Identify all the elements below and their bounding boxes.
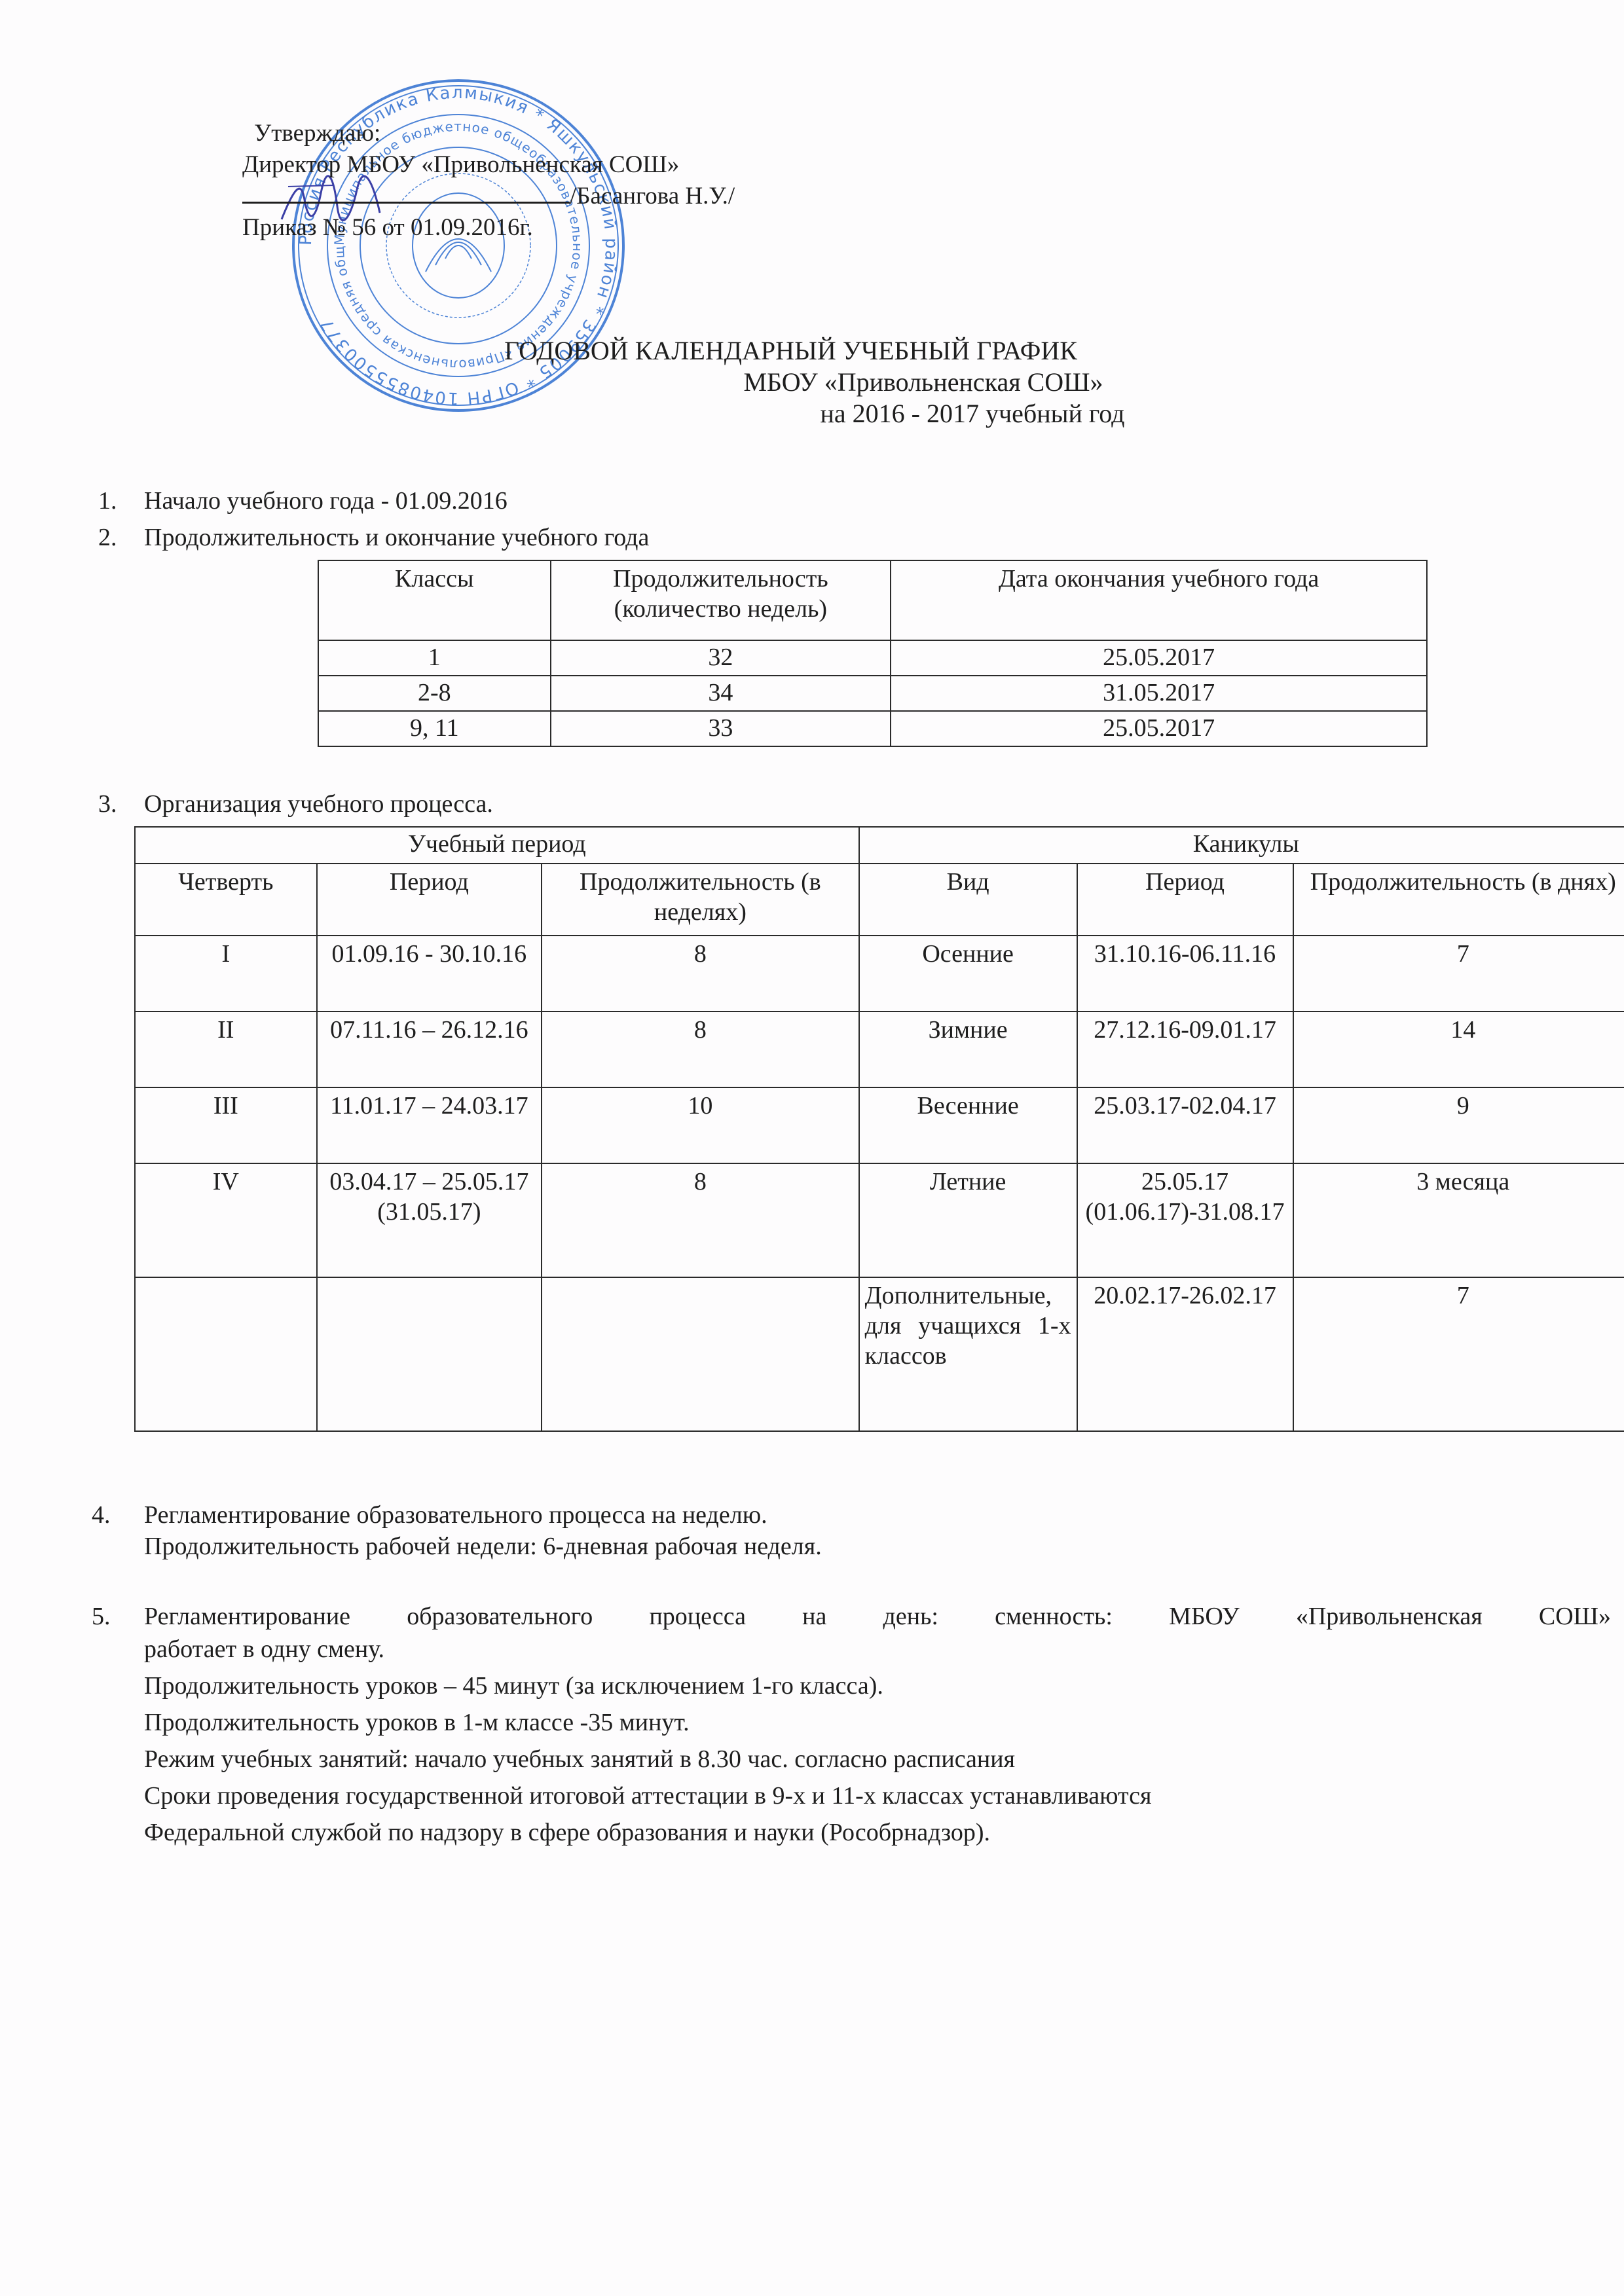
table-row: II 07.11.16 – 26.12.16 8 Зимние 27.12.16… xyxy=(135,1011,1624,1087)
cell-holiday-type: Весенние xyxy=(859,1087,1077,1163)
section-text: Организация учебного процесса. xyxy=(144,790,493,818)
cell-holiday-period: 25.03.17-02.04.17 xyxy=(1077,1087,1293,1163)
cell-quarter: I xyxy=(135,936,317,1011)
cell-end-date: 25.05.2017 xyxy=(891,640,1427,676)
word: день: xyxy=(883,1601,938,1632)
word: образовательного xyxy=(407,1601,593,1632)
director-title: Директор МБОУ «Привольненская СОШ» xyxy=(242,149,735,181)
cell-quarter xyxy=(135,1277,317,1431)
cell-period: 01.09.16 - 30.10.16 xyxy=(317,936,542,1011)
approval-label: Утверждаю: xyxy=(242,118,735,149)
cell-period: 11.01.17 – 24.03.17 xyxy=(317,1087,542,1163)
title-main: ГОДОВОЙ КАЛЕНДАРНЫЙ УЧЕБНЫЙ ГРАФИК xyxy=(0,335,1346,367)
section-number: 2. xyxy=(92,522,144,553)
cell-period xyxy=(317,1277,542,1431)
cell-holiday-type: Дополнительные, для учащихся 1-х классов xyxy=(859,1277,1077,1431)
header-weeks: Продолжительность (количество недель) xyxy=(551,560,891,640)
table-row: III 11.01.17 – 24.03.17 10 Весенние 25.0… xyxy=(135,1087,1624,1163)
header-days: Продолжительность (в днях) xyxy=(1293,864,1624,936)
cell-period: 03.04.17 – 25.05.17 (31.05.17) xyxy=(317,1163,542,1277)
table-row: Дополнительные, для учащихся 1-х классов… xyxy=(135,1277,1624,1431)
cell-days: 14 xyxy=(1293,1011,1624,1087)
approval-block: Утверждаю: Директор МБОУ «Привольненская… xyxy=(242,118,735,244)
section-number: 4. xyxy=(92,1499,144,1531)
cell-weeks: 34 xyxy=(551,676,891,711)
section-number: 1. xyxy=(92,486,144,516)
header-classes: Классы xyxy=(318,560,551,640)
cell-weeks: 8 xyxy=(542,1011,859,1087)
table-row: I 01.09.16 - 30.10.16 8 Осенние 31.10.16… xyxy=(135,936,1624,1011)
section-5-line4: Продолжительность уроков в 1-м классе -3… xyxy=(144,1707,690,1738)
title-year: на 2016 - 2017 учебный год xyxy=(0,398,1624,429)
document-title: ГОДОВОЙ КАЛЕНДАРНЫЙ УЧЕБНЫЙ ГРАФИК МБОУ … xyxy=(0,335,1624,429)
section-2: 2.Продолжительность и окончание учебного… xyxy=(92,522,649,553)
section-number: 3. xyxy=(92,789,144,819)
word: СОШ» xyxy=(1539,1601,1611,1632)
order-reference: Приказ № 56 от 01.09.2016г. xyxy=(242,212,735,244)
cell-weeks xyxy=(542,1277,859,1431)
director-name: /Басангова Н.У./ xyxy=(570,183,735,210)
cell-weeks: 33 xyxy=(551,711,891,746)
cell-holiday-type: Летние xyxy=(859,1163,1077,1277)
title-school: МБОУ «Привольненская СОШ» xyxy=(0,367,1624,398)
word: сменность: xyxy=(995,1601,1113,1632)
section-5-justified-line: Регламентированиеобразовательногопроцесс… xyxy=(144,1601,1611,1632)
cell-classes: 1 xyxy=(318,640,551,676)
section-5-line5: Режим учебных занятий: начало учебных за… xyxy=(144,1743,1015,1775)
header-period: Период xyxy=(317,864,542,936)
section-5-line1: Регламентированиеобразовательногопроцесс… xyxy=(144,1601,1611,1632)
section-text: Регламентирование образовательного проце… xyxy=(144,1501,767,1529)
header-quarter: Четверть xyxy=(135,864,317,936)
cell-days: 3 месяца xyxy=(1293,1163,1624,1277)
cell-quarter: II xyxy=(135,1011,317,1087)
section-1: 1.Начало учебного года - 01.09.2016 xyxy=(92,486,507,516)
cell-holiday-period: 20.02.17-26.02.17 xyxy=(1077,1277,1293,1431)
cell-classes: 9, 11 xyxy=(318,711,551,746)
section-text: Начало учебного года - 01.09.2016 xyxy=(144,487,507,515)
section-5-line7: Федеральной службой по надзору в сфере о… xyxy=(144,1817,990,1848)
signature-underline xyxy=(242,182,570,204)
word: Регламентирование xyxy=(144,1601,350,1632)
cell-weeks: 8 xyxy=(542,1163,859,1277)
section-4: 4.Регламентирование образовательного про… xyxy=(92,1499,767,1531)
section-5-line6: Сроки проведения государственной итогово… xyxy=(144,1780,1151,1812)
section-number: 5. xyxy=(92,1601,144,1632)
section-text: Продолжительность и окончание учебного г… xyxy=(144,524,649,551)
cell-holiday-period: 27.12.16-09.01.17 xyxy=(1077,1011,1293,1087)
cell-period: 07.11.16 – 26.12.16 xyxy=(317,1011,542,1087)
table-row: 9, 11 33 25.05.2017 xyxy=(318,711,1427,746)
cell-days: 7 xyxy=(1293,1277,1624,1431)
cell-quarter: III xyxy=(135,1087,317,1163)
cell-classes: 2-8 xyxy=(318,676,551,711)
section-4-detail: Продолжительность рабочей недели: 6-днев… xyxy=(144,1531,822,1562)
header-weeks: Продолжительность (в неделях) xyxy=(542,864,859,936)
header-end-date: Дата окончания учебного года xyxy=(891,560,1427,640)
cell-end-date: 31.05.2017 xyxy=(891,676,1427,711)
cell-quarter: IV xyxy=(135,1163,317,1277)
section-5-line3: Продолжительность уроков – 45 минут (за … xyxy=(144,1670,883,1702)
section-5: 5. xyxy=(92,1601,144,1632)
cell-days: 7 xyxy=(1293,936,1624,1011)
header-holiday-period: Период xyxy=(1077,864,1293,936)
word: «Привольненская xyxy=(1296,1601,1483,1632)
cell-end-date: 25.05.2017 xyxy=(891,711,1427,746)
cell-weeks: 32 xyxy=(551,640,891,676)
signature-line: /Басангова Н.У./ xyxy=(242,181,735,212)
section-3: 3.Организация учебного процесса. xyxy=(92,789,493,819)
group-header-study: Учебный период xyxy=(135,827,859,864)
cell-holiday-period: 25.05.17 (01.06.17)-31.08.17 xyxy=(1077,1163,1293,1277)
word: процесса xyxy=(649,1601,746,1632)
process-table: Учебный период Каникулы Четверть Период … xyxy=(134,826,1624,1432)
word: на xyxy=(802,1601,826,1632)
header-holiday-type: Вид xyxy=(859,864,1077,936)
table-row: 1 32 25.05.2017 xyxy=(318,640,1427,676)
cell-days: 9 xyxy=(1293,1087,1624,1163)
table-row: 2-8 34 31.05.2017 xyxy=(318,676,1427,711)
cell-holiday-type: Осенние xyxy=(859,936,1077,1011)
cell-holiday-period: 31.10.16-06.11.16 xyxy=(1077,936,1293,1011)
group-header-holidays: Каникулы xyxy=(859,827,1624,864)
word: МБОУ xyxy=(1169,1601,1240,1632)
duration-table: Классы Продолжительность (количество нед… xyxy=(318,560,1428,747)
cell-holiday-type: Зимние xyxy=(859,1011,1077,1087)
cell-weeks: 8 xyxy=(542,936,859,1011)
cell-weeks: 10 xyxy=(542,1087,859,1163)
table-row: IV 03.04.17 – 25.05.17 (31.05.17) 8 Летн… xyxy=(135,1163,1624,1277)
section-5-line2: работает в одну смену. xyxy=(144,1633,384,1665)
